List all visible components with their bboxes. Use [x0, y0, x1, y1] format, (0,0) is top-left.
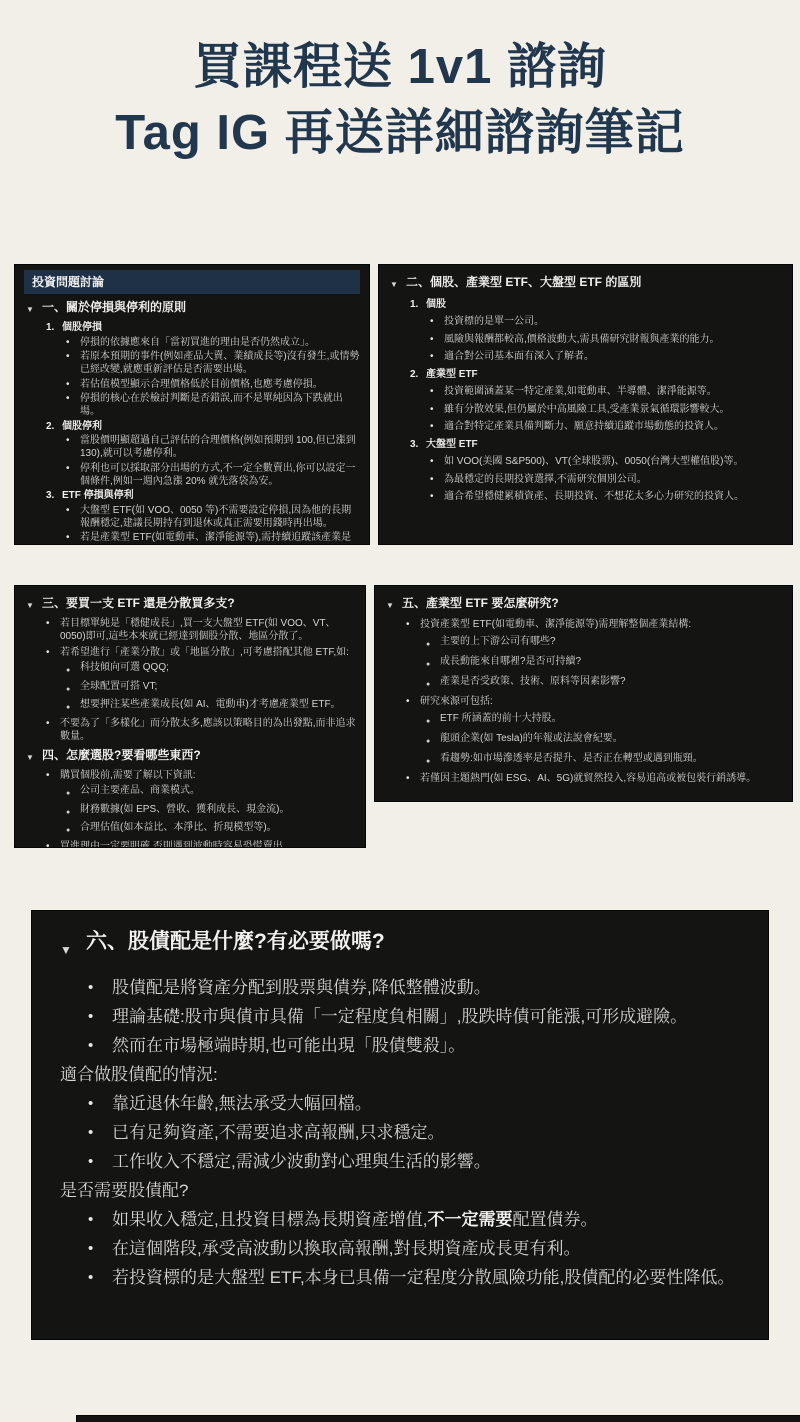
list-item-text: 全球配置可搭 VT;	[80, 680, 356, 693]
list-item-text: 如果收入穩定,且投資目標為長期資產增值,不一定需要配置債券。	[112, 1207, 752, 1232]
page-title-line1: 買課程送 1v1 諮詢	[0, 34, 800, 100]
toggle-heading[interactable]: ▼三、要買一支 ETF 還是分散買多支?	[24, 595, 356, 614]
toggle-triangle-icon[interactable]: ▼	[26, 595, 42, 614]
sub-list-item: ●龍頭企業(如 Tesla)的年報或法說會紀要。	[384, 732, 783, 748]
sub-bullet-icon: ●	[66, 803, 80, 819]
numbered-item: 2.個股停利	[24, 420, 360, 433]
text-segment: 配置債券。	[512, 1210, 597, 1229]
sub-list-item: ●全球配置可搭 VT;	[24, 680, 356, 696]
list-item: •為最穩定的長期投資選擇,不需研究個別公司。	[388, 473, 783, 486]
next-panel-edge	[76, 1415, 800, 1422]
list-item-text: 看趨勢:如市場滲透率是否提升、是否正在轉型或遇到瓶頸。	[440, 752, 783, 765]
panel-body: ▼二、個股、產業型 ETF、大盤型 ETF 的區別1.個股•投資標的是單一公司。…	[388, 274, 783, 503]
list-item-text: 若原本預期的事件(例如產品大賣、業績成長等)沒有發生,或情勢已經改變,就應重新評…	[80, 350, 360, 376]
list-item: •在這個階段,承受高波動以換取高報酬,對長期資產成長更有利。	[48, 1236, 752, 1261]
panel-body: ▼三、要買一支 ETF 還是分散買多支?•若目標單純是「穩健成長」,買一支大盤型…	[24, 595, 356, 848]
list-item: •不要為了「多樣化」而分散太多,應該以策略目的為出發點,而非追求數量。	[24, 717, 356, 743]
list-number: 3.	[410, 438, 426, 451]
list-item: •然而在市場極端時期,也可能出現「股債雙殺」。	[48, 1033, 752, 1058]
list-number: 3.	[46, 489, 62, 502]
toggle-heading-label: 一、關於停損與停利的原則	[42, 299, 360, 315]
list-item-text: 大盤型 ETF(如 VOO、0050 等)不需要設定停損,因為他的長期報酬穩定,…	[80, 504, 360, 530]
list-item-text: 若希望進行「產業分散」或「地區分散」,可考慮搭配其他 ETF,如:	[60, 646, 356, 659]
bullet-icon: •	[46, 646, 60, 659]
toggle-heading[interactable]: ▼四、怎麼選股?要看哪些東西?	[24, 747, 356, 766]
sub-bullet-icon: ●	[66, 784, 80, 800]
bullet-icon: •	[430, 420, 444, 433]
list-item: •購買個股前,需要了解以下資訊:	[24, 769, 356, 782]
list-item-text: 股債配是將資產分配到股票與債券,降低整體波動。	[112, 975, 752, 1000]
toggle-triangle-icon[interactable]: ▼	[26, 747, 42, 766]
bullet-icon: •	[430, 315, 444, 328]
sub-bullet-icon: ●	[426, 635, 440, 651]
list-item-text: 投資標的是單一公司。	[444, 315, 783, 328]
list-item-text: 若投資標的是大盤型 ETF,本身已具備一定程度分散風險功能,股債配的必要性降低。	[112, 1265, 752, 1290]
list-item: •如果收入穩定,且投資目標為長期資產增值,不一定需要配置債券。	[48, 1207, 752, 1232]
list-item: •工作收入不穩定,需減少波動對心理與生活的影響。	[48, 1149, 752, 1174]
list-item-text: 適合希望穩健累積資產、長期投資、不想花太多心力研究的投資人。	[444, 490, 783, 503]
toggle-triangle-icon[interactable]: ▼	[60, 927, 86, 965]
sub-list-item: ●合理估值(如本益比、本淨比、折現模型等)。	[24, 821, 356, 837]
list-item: •停損的依據應來自「當初買進的理由是否仍然成立」。	[24, 336, 360, 349]
sub-list-item: ●產業是否受政策、技術、原料等因素影響?	[384, 675, 783, 691]
toggle-heading[interactable]: ▼一、關於停損與停利的原則	[24, 299, 360, 318]
toggle-heading-label: 六、股債配是什麼?有必要做嗎?	[86, 927, 752, 957]
sub-bullet-icon: ●	[66, 821, 80, 837]
list-item-text: 財務數據(如 EPS、營收、獲利成長、現金流)。	[80, 803, 356, 816]
numbered-item-label: 個股停損	[62, 321, 360, 334]
list-item-text: 風險與報酬都較高,價格波動大,需具備研究財報與產業的能力。	[444, 333, 783, 346]
bullet-icon: •	[46, 769, 60, 782]
sub-bullet-icon: ●	[66, 661, 80, 677]
sub-bullet-icon: ●	[66, 698, 80, 714]
toggle-heading-label: 二、個股、產業型 ETF、大盤型 ETF 的區別	[406, 274, 783, 290]
toggle-triangle-icon[interactable]: ▼	[26, 299, 42, 318]
list-item-text: 主要的上下游公司有哪些?	[440, 635, 783, 648]
list-item: •若估值模型顯示合理價格低於目前價格,也應考慮停損。	[24, 378, 360, 391]
list-item-text: ETF 所涵蓋的前十大持股。	[440, 712, 783, 725]
list-item: •研究來源可包括:	[384, 695, 783, 708]
list-number: 2.	[46, 420, 62, 433]
page-title-line2: Tag IG 再送詳細諮詢筆記	[0, 100, 800, 166]
bullet-icon: •	[430, 350, 444, 363]
list-item-text: 適合對公司基本面有深入了解者。	[444, 350, 783, 363]
list-item-text: 理論基礎:股市與債市具備「一定程度負相關」,股跌時債可能漲,可形成避險。	[112, 1004, 752, 1029]
list-item-text: 科技傾向可選 QQQ;	[80, 661, 356, 674]
plain-text: 是否需要股債配?	[60, 1178, 752, 1203]
list-number: 1.	[46, 321, 62, 334]
list-item: •若原本預期的事件(例如產品大賣、業績成長等)沒有發生,或情勢已經改變,就應重新…	[24, 350, 360, 376]
numbered-item: 3.ETF 停損與停利	[24, 489, 360, 502]
toggle-heading[interactable]: ▼五、產業型 ETF 要怎麼研究?	[384, 595, 783, 614]
sub-list-item: ●主要的上下游公司有哪些?	[384, 635, 783, 651]
sub-list-item: ●看趨勢:如市場滲透率是否提升、是否正在轉型或遇到瓶頸。	[384, 752, 783, 768]
list-item-text: 停利也可以採取部分出場的方式,不一定全數賣出,你可以設定一個條件,例如一週內急漲…	[80, 462, 360, 488]
bullet-icon: •	[66, 462, 80, 475]
list-item: •適合希望穩健累積資產、長期投資、不想花太多心力研究的投資人。	[388, 490, 783, 503]
toggle-heading-label: 三、要買一支 ETF 還是分散買多支?	[42, 595, 356, 611]
list-item: •投資產業型 ETF(如電動車、潔淨能源等)需理解整個產業結構:	[384, 618, 783, 631]
list-item-text: 若目標單純是「穩健成長」,買一支大盤型 ETF(如 VOO、VT、0050)即可…	[60, 617, 356, 643]
bullet-icon: •	[88, 975, 112, 1000]
list-item-text: 停損的核心在於檢討判斷是否錯誤,而不是單純因為下跌就出場。	[80, 392, 360, 418]
list-item-text: 當股價明顯超過自己評估的合理價格(例如預期到 100,但已漲到 130),就可以…	[80, 434, 360, 460]
bullet-icon: •	[406, 618, 420, 631]
bullet-icon: •	[88, 1004, 112, 1029]
panel-stock-bond-allocation: ▼六、股債配是什麼?有必要做嗎?•股債配是將資產分配到股票與債券,降低整體波動。…	[31, 910, 769, 1340]
bullet-icon: •	[66, 504, 80, 517]
bullet-icon: •	[46, 840, 60, 849]
list-item-text: 成長動能來自哪裡?是否可持續?	[440, 655, 783, 668]
numbered-item-label: 大盤型 ETF	[426, 438, 783, 451]
bullet-icon: •	[88, 1149, 112, 1174]
bullet-icon: •	[66, 392, 80, 405]
list-item: •若希望進行「產業分散」或「地區分散」,可考慮搭配其他 ETF,如:	[24, 646, 356, 659]
toggle-heading[interactable]: ▼二、個股、產業型 ETF、大盤型 ETF 的區別	[388, 274, 783, 293]
list-item-text: 買進理由一定要明確,否則遇到波動時容易恐慌賣出。	[60, 840, 356, 849]
list-item-text: 想要押注某些產業成長(如 AI、電動車)才考慮產業型 ETF。	[80, 698, 356, 711]
sub-bullet-icon: ●	[426, 732, 440, 748]
list-item: •若目標單純是「穩健成長」,買一支大盤型 ETF(如 VOO、VT、0050)即…	[24, 617, 356, 643]
list-item: •若僅因主題熱門(如 ESG、AI、5G)就貿然投入,容易追高或被包裝行銷誘導。	[384, 772, 783, 785]
sub-list-item: ●ETF 所涵蓋的前十大持股。	[384, 712, 783, 728]
numbered-item: 1.個股停損	[24, 321, 360, 334]
sub-bullet-icon: ●	[426, 655, 440, 671]
panel-etf-types: ▼二、個股、產業型 ETF、大盤型 ETF 的區別1.個股•投資標的是單一公司。…	[378, 264, 793, 545]
bullet-icon: •	[406, 695, 420, 708]
bullet-icon: •	[66, 434, 80, 447]
list-item-text: 產業是否受政策、技術、原料等因素影響?	[440, 675, 783, 688]
bullet-icon: •	[88, 1091, 112, 1116]
bullet-icon: •	[66, 531, 80, 544]
list-number: 2.	[410, 368, 426, 381]
numbered-item: 1.個股	[388, 298, 783, 311]
bullet-icon: •	[88, 1236, 112, 1261]
list-item: •如 VOO(美國 S&P500)、VT(全球股票)、0050(台灣大型權值股)…	[388, 455, 783, 468]
numbered-item-label: 產業型 ETF	[426, 368, 783, 381]
list-item-text: 停損的依據應來自「當初買進的理由是否仍然成立」。	[80, 336, 360, 349]
bullet-icon: •	[430, 455, 444, 468]
list-item-text: 若是產業型 ETF(如電動車、潔淨能源等),需持續追蹤該產業是否仍有成長性,否則…	[80, 531, 360, 545]
list-item-text: 若估值模型顯示合理價格低於目前價格,也應考慮停損。	[80, 378, 360, 391]
list-item: •大盤型 ETF(如 VOO、0050 等)不需要設定停損,因為他的長期報酬穩定…	[24, 504, 360, 530]
list-item: •若是產業型 ETF(如電動車、潔淨能源等),需持續追蹤該產業是否仍有成長性,否…	[24, 531, 360, 545]
sub-bullet-icon: ●	[426, 712, 440, 728]
sub-bullet-icon: ●	[426, 752, 440, 768]
bullet-icon: •	[430, 333, 444, 346]
bullet-icon: •	[430, 385, 444, 398]
list-item: •停損的核心在於檢討判斷是否錯誤,而不是單純因為下跌就出場。	[24, 392, 360, 418]
list-item: •風險與報酬都較高,價格波動大,需具備研究財報與產業的能力。	[388, 333, 783, 346]
list-item: •已有足夠資產,不需要追求高報酬,只求穩定。	[48, 1120, 752, 1145]
list-item: •雖有分散效果,但仍屬於中高風險工具,受產業景氣循環影響較大。	[388, 403, 783, 416]
list-item-text: 在這個階段,承受高波動以換取高報酬,對長期資產成長更有利。	[112, 1236, 752, 1261]
list-item-text: 已有足夠資產,不需要追求高報酬,只求穩定。	[112, 1120, 752, 1145]
toggle-triangle-icon[interactable]: ▼	[390, 274, 406, 293]
list-item: •靠近退休年齡,無法承受大幅回檔。	[48, 1091, 752, 1116]
toggle-heading-label: 五、產業型 ETF 要怎麼研究?	[402, 595, 783, 611]
numbered-item-label: ETF 停損與停利	[62, 489, 360, 502]
list-item-text: 如 VOO(美國 S&P500)、VT(全球股票)、0050(台灣大型權值股)等…	[444, 455, 783, 468]
list-item: •適合對特定產業具備判斷力、願意持續追蹤市場動態的投資人。	[388, 420, 783, 433]
list-item-text: 公司主要產品、商業模式。	[80, 784, 356, 797]
toggle-triangle-icon[interactable]: ▼	[386, 595, 402, 614]
sub-list-item: ●公司主要產品、商業模式。	[24, 784, 356, 800]
list-item-text: 靠近退休年齡,無法承受大幅回檔。	[112, 1091, 752, 1116]
text-segment: 如果收入穩定,且投資目標為長期資產增值,	[112, 1210, 427, 1229]
panel-stop-loss-principles: 投資問題討論 ▼一、關於停損與停利的原則1.個股停損•停損的依據應來自「當初買進…	[14, 264, 370, 545]
list-item-text: 工作收入不穩定,需減少波動對心理與生活的影響。	[112, 1149, 752, 1174]
list-item-text: 購買個股前,需要了解以下資訊:	[60, 769, 356, 782]
sub-list-item: ●成長動能來自哪裡?是否可持續?	[384, 655, 783, 671]
sub-list-item: ●財務數據(如 EPS、營收、獲利成長、現金流)。	[24, 803, 356, 819]
list-item-text: 龍頭企業(如 Tesla)的年報或法說會紀要。	[440, 732, 783, 745]
list-item: •股債配是將資產分配到股票與債券,降低整體波動。	[48, 975, 752, 1000]
list-item-text: 然而在市場極端時期,也可能出現「股債雙殺」。	[112, 1033, 752, 1058]
bold-text-segment: 不一定需要	[427, 1210, 512, 1229]
toggle-heading[interactable]: ▼六、股債配是什麼?有必要做嗎?	[48, 927, 752, 965]
toggle-heading-label: 四、怎麼選股?要看哪些東西?	[42, 747, 356, 763]
panel-header: 投資問題討論	[24, 270, 360, 294]
bullet-icon: •	[88, 1207, 112, 1232]
bullet-icon: •	[46, 617, 60, 630]
list-item: •適合對公司基本面有深入了解者。	[388, 350, 783, 363]
bullet-icon: •	[66, 378, 80, 391]
list-item-text: 為最穩定的長期投資選擇,不需研究個別公司。	[444, 473, 783, 486]
numbered-item: 3.大盤型 ETF	[388, 438, 783, 451]
page-background: 買課程送 1v1 諮詢 Tag IG 再送詳細諮詢筆記 投資問題討論 ▼一、關於…	[0, 0, 800, 1422]
list-item: •當股價明顯超過自己評估的合理價格(例如預期到 100,但已漲到 130),就可…	[24, 434, 360, 460]
plain-text-line: 是否需要股債配?	[48, 1178, 752, 1203]
bullet-icon: •	[66, 336, 80, 349]
bullet-icon: •	[88, 1033, 112, 1058]
list-item-text: 適合對特定產業具備判斷力、願意持續追蹤市場動態的投資人。	[444, 420, 783, 433]
list-item-text: 若僅因主題熱門(如 ESG、AI、5G)就貿然投入,容易追高或被包裝行銷誘導。	[420, 772, 783, 785]
bullet-icon: •	[406, 772, 420, 785]
list-item: •投資範圍涵蓋某一特定產業,如電動車、半導體、潔淨能源等。	[388, 385, 783, 398]
bullet-icon: •	[88, 1265, 112, 1290]
list-number: 1.	[410, 298, 426, 311]
list-item: ⠿•買進理由一定要明確,否則遇到波動時容易恐慌賣出。	[24, 840, 356, 849]
list-item-text: 研究來源可包括:	[420, 695, 783, 708]
page-title: 買課程送 1v1 諮詢 Tag IG 再送詳細諮詢筆記	[0, 34, 800, 166]
list-item-text: 合理估值(如本益比、本淨比、折現模型等)。	[80, 821, 356, 834]
list-item-text: 投資產業型 ETF(如電動車、潔淨能源等)需理解整個產業結構:	[420, 618, 783, 631]
bullet-icon: •	[88, 1120, 112, 1145]
numbered-item-label: 個股停利	[62, 420, 360, 433]
bullet-icon: •	[430, 403, 444, 416]
plain-text: 適合做股債配的情況:	[60, 1062, 752, 1087]
panel-industry-etf-research: ▼五、產業型 ETF 要怎麼研究?•投資產業型 ETF(如電動車、潔淨能源等)需…	[374, 585, 793, 802]
list-item: •停利也可以採取部分出場的方式,不一定全數賣出,你可以設定一個條件,例如一週內急…	[24, 462, 360, 488]
sub-list-item: ●科技傾向可選 QQQ;	[24, 661, 356, 677]
panel-body: ▼六、股債配是什麼?有必要做嗎?•股債配是將資產分配到股票與債券,降低整體波動。…	[48, 927, 752, 1290]
numbered-item: 2.產業型 ETF	[388, 368, 783, 381]
list-item: •若投資標的是大盤型 ETF,本身已具備一定程度分散風險功能,股債配的必要性降低…	[48, 1265, 752, 1290]
plain-text-line: 適合做股債配的情況:	[48, 1062, 752, 1087]
panel-etf-diversification-and-stock-picking: ▼三、要買一支 ETF 還是分散買多支?•若目標單純是「穩健成長」,買一支大盤型…	[14, 585, 366, 848]
sub-list-item: ●想要押注某些產業成長(如 AI、電動車)才考慮產業型 ETF。	[24, 698, 356, 714]
panel-body: ▼五、產業型 ETF 要怎麼研究?•投資產業型 ETF(如電動車、潔淨能源等)需…	[384, 595, 783, 785]
list-item: •投資標的是單一公司。	[388, 315, 783, 328]
numbered-item-label: 個股	[426, 298, 783, 311]
bullet-icon: •	[46, 717, 60, 730]
list-item-text: 投資範圍涵蓋某一特定產業,如電動車、半導體、潔淨能源等。	[444, 385, 783, 398]
list-item: •理論基礎:股市與債市具備「一定程度負相關」,股跌時債可能漲,可形成避險。	[48, 1004, 752, 1029]
list-item-text: 雖有分散效果,但仍屬於中高風險工具,受產業景氣循環影響較大。	[444, 403, 783, 416]
bullet-icon: •	[430, 490, 444, 503]
bullet-icon: •	[430, 473, 444, 486]
sub-bullet-icon: ●	[426, 675, 440, 691]
list-item-text: 不要為了「多樣化」而分散太多,應該以策略目的為出發點,而非追求數量。	[60, 717, 356, 743]
bullet-icon: •	[66, 350, 80, 363]
sub-bullet-icon: ●	[66, 680, 80, 696]
panel-body: ▼一、關於停損與停利的原則1.個股停損•停損的依據應來自「當初買進的理由是否仍然…	[24, 299, 360, 545]
